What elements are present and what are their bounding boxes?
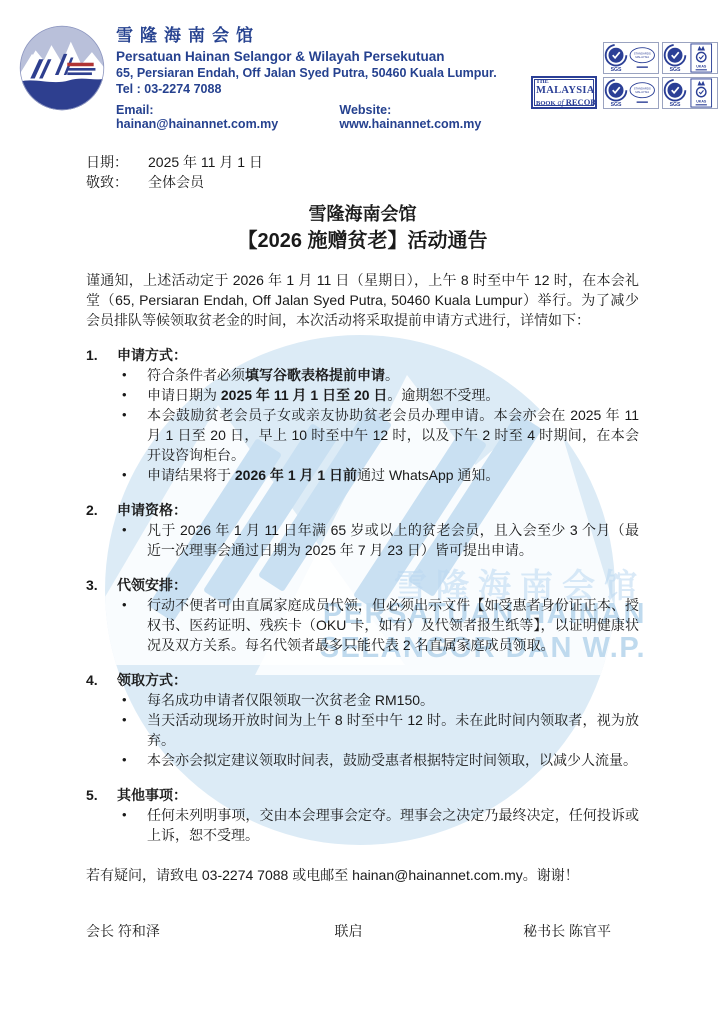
bullet-marker: • [122,690,147,710]
intro-paragraph: 谨通知，上述活动定于 2026 年 1 月 11 日（星期日），上午 8 时至中… [86,270,639,330]
bullet-text: 本会鼓励贫老会员子女或亲友协助贫老会员办理申请。本会亦会在 2025 年 11 … [147,405,639,465]
text-run: 行动不便者可由直属家庭成员代领，但必须出示文件【如受惠者身份证正本、授权书、医药… [147,597,639,653]
bullet-list: •行动不便者可由直属家庭成员代领，但必须出示文件【如受惠者身份证正本、授权书、医… [86,595,639,655]
addressee-label: 敬致： [86,172,148,192]
text-run: 每名成功申请者仅限领取一次贫老金 RM150。 [147,692,434,708]
text-run: 通过 WhatsApp 通知。 [357,467,499,483]
section-number: 3. [86,575,117,595]
standards-label-2: MALAYSIA [635,55,649,59]
section-number: 2. [86,500,117,520]
list-item: •凡于 2026 年 1 月 11 日年满 65 岁或以上的贫老会员，且入会至少… [122,520,639,560]
list-item: •任何未列明事项，交由本会理事会定夺。理事会之决定乃最终决定，任何投诉或上诉，恕… [122,805,639,845]
sgs-label: SGS [611,67,622,73]
org-email-link[interactable]: Email: hainan@hainannet.com.my [116,103,313,132]
standards-label-2: MALAYSIA [635,90,649,94]
bullet-text: 申请结果将于 2026 年 1 月 1 日前通过 WhatsApp 通知。 [147,465,639,485]
section-heading: 其他事项： [117,785,187,805]
org-name-zh: 雪隆海南会馆 [116,26,531,46]
section-other-matters: 5. 其他事项： •任何未列明事项，交由本会理事会定夺。理事会之决定乃最终决定，… [86,785,639,845]
text-run: 申请日期为 [147,387,221,403]
text-run: 本会亦会拟定建议领取时间表，鼓励受惠者根据特定时间领取，以减少人流量。 [147,752,637,768]
sgs-standards-badge: SGS STANDARDS MALAYSIA [603,77,659,109]
text-run: 本会鼓励贫老会员子女或亲友协助贫老会员办理申请。本会亦会在 2025 年 11 … [147,407,639,463]
list-item: •申请结果将于 2026 年 1 月 1 日前通过 WhatsApp 通知。 [122,465,639,485]
signature-president: 会长 符和泽 [86,921,261,941]
list-item: •符合条件者必须填写谷歌表格提前申请。 [122,365,639,385]
ukas-label: UKAS [696,64,707,68]
bullet-text: 行动不便者可由直属家庭成员代领，但必须出示文件【如受惠者身份证正本、授权书、医药… [147,595,639,655]
signature-secretary: 秘书长 陈官平 [436,921,639,941]
certification-badges: SGS STANDARDS MALAYSIA SGS [531,24,718,111]
bullet-text: 凡于 2026 年 1 月 11 日年满 65 岁或以上的贫老会员，且入会至少 … [147,520,639,560]
org-name-en: Persatuan Hainan Selangor & Wilayah Pers… [116,49,531,65]
notice-title-event: 【2026 施赠贫老】活动通告 [86,227,639,256]
section-heading: 代领安排： [117,575,187,595]
text-run: 。逾期恕不受理。 [387,387,499,403]
list-item: •当天活动现场开放时间为上午 8 时至中午 12 时。未在此时间内领取者，视为放… [122,710,639,750]
list-item: •每名成功申请者仅限领取一次贫老金 RM150。 [122,690,639,710]
malaysia-book-of-records-badge: THE MALAYSIA BOOK of RECORDS [531,76,597,109]
bullet-marker: • [122,405,147,465]
sgs-standards-badge: SGS STANDARDS MALAYSIA [603,42,659,74]
text-run: 申请结果将于 [147,467,235,483]
sgs-ukas-badge: SGS UKAS [662,77,718,109]
section-collection-method: 4. 领取方式： •每名成功申请者仅限领取一次贫老金 RM150。 •当天活动现… [86,670,639,770]
list-item: •本会亦会拟定建议领取时间表，鼓励受惠者根据特定时间领取，以减少人流量。 [122,750,639,770]
text-run: 。 [385,367,399,383]
list-item: •本会鼓励贫老会员子女或亲友协助贫老会员办理申请。本会亦会在 2025 年 11… [122,405,639,465]
section-application-method: 1. 申请方式： •符合条件者必须填写谷歌表格提前申请。 •申请日期为 2025… [86,345,639,485]
bullet-marker: • [122,365,147,385]
signature-jointly-issued: 联启 [261,921,436,941]
org-tel: Tel : 03-2274 7088 [116,82,531,96]
bullet-text: 当天活动现场开放时间为上午 8 时至中午 12 时。未在此时间内领取者，视为放弃… [147,710,639,750]
bullet-list: •凡于 2026 年 1 月 11 日年满 65 岁或以上的贫老会员，且入会至少… [86,520,639,560]
section-eligibility: 2. 申请资格： •凡于 2026 年 1 月 11 日年满 65 岁或以上的贫… [86,500,639,560]
bullet-marker: • [122,750,147,770]
list-item: •行动不便者可由直属家庭成员代领，但必须出示文件【如受惠者身份证正本、授权书、医… [122,595,639,655]
section-number: 4. [86,670,117,690]
section-heading: 申请方式： [117,345,187,365]
bullet-text: 申请日期为 2025 年 11 月 1 日至 20 日。逾期恕不受理。 [147,385,639,405]
bullet-text: 每名成功申请者仅限领取一次贫老金 RM150。 [147,690,639,710]
signature-row: 会长 符和泽 联启 秘书长 陈官平 [86,921,639,941]
text-run: 符合条件者必须 [147,367,245,383]
bullet-text: 本会亦会拟定建议领取时间表，鼓励受惠者根据特定时间领取，以减少人流量。 [147,750,639,770]
bullet-list: •符合条件者必须填写谷歌表格提前申请。 •申请日期为 2025 年 11 月 1… [86,365,639,485]
date-value: 2025 年 11 月 1 日 [148,152,263,172]
mbor-book: BOOK [536,101,556,108]
bullet-list: •每名成功申请者仅限领取一次贫老金 RM150。 •当天活动现场开放时间为上午 … [86,690,639,770]
notice-title: 雪隆海南会馆 【2026 施赠贫老】活动通告 [86,202,639,256]
org-address: 65, Persiaran Endah, Off Jalan Syed Putr… [116,66,531,80]
closing-paragraph: 若有疑问，请致电 03-2274 7088 或电邮至 hainan@hainan… [86,865,639,885]
addressee-value: 全体会员 [148,172,204,192]
bullet-text: 任何未列明事项，交由本会理事会定夺。理事会之决定乃最终决定，任何投诉或上诉，恕不… [147,805,639,845]
section-number: 1. [86,345,117,365]
association-logo-icon [18,24,106,112]
ukas-label: UKAS [696,99,707,103]
section-heading: 领取方式： [117,670,187,690]
org-website-link[interactable]: Website: www.hainannet.com.my [339,103,531,132]
mbor-of: of [558,99,564,107]
mbor-malaysia: MALAYSIA [536,86,592,97]
notice-title-org: 雪隆海南会馆 [86,202,639,227]
letter-meta: 日期： 2025 年 11 月 1 日 敬致： 全体会员 [86,152,639,192]
list-item: •申请日期为 2025 年 11 月 1 日至 20 日。逾期恕不受理。 [122,385,639,405]
bullet-marker: • [122,385,147,405]
bullet-marker: • [122,595,147,655]
org-info: 雪隆海南会馆 Persatuan Hainan Selangor & Wilay… [116,24,531,132]
bullet-marker: • [122,520,147,560]
date-label: 日期： [86,152,148,172]
section-number: 5. [86,785,117,805]
text-run: 填写谷歌表格提前申请 [245,367,385,383]
letter-body: 日期： 2025 年 11 月 1 日 敬致： 全体会员 雪隆海南会馆 【202… [0,152,724,941]
notice-document: 雪隆海南会馆 PERSATUAN HAINAN SELANGOR DAN W.P… [0,0,724,1024]
bullet-list: •任何未列明事项，交由本会理事会定夺。理事会之决定乃最终决定，任何投诉或上诉，恕… [86,805,639,845]
text-run: 当天活动现场开放时间为上午 8 时至中午 12 时。未在此时间内领取者，视为放弃… [147,712,639,748]
sgs-label: SGS [670,67,681,73]
bullet-marker: • [122,805,147,845]
bullet-marker: • [122,710,147,750]
text-run: 2025 年 11 月 1 日至 20 日 [221,387,388,403]
sgs-ukas-badge: SGS UKAS [662,42,718,74]
bullet-marker: • [122,465,147,485]
letterhead: 雪隆海南会馆 Persatuan Hainan Selangor & Wilay… [0,0,724,132]
sgs-label: SGS [611,102,622,108]
sgs-label: SGS [670,102,681,108]
section-proxy-collection: 3. 代领安排： •行动不便者可由直属家庭成员代领，但必须出示文件【如受惠者身份… [86,575,639,655]
text-run: 凡于 2026 年 1 月 11 日年满 65 岁或以上的贫老会员，且入会至少 … [147,522,639,558]
section-heading: 申请资格： [117,500,187,520]
text-run: 任何未列明事项，交由本会理事会定夺。理事会之决定乃最终决定，任何投诉或上诉，恕不… [147,807,639,843]
bullet-text: 符合条件者必须填写谷歌表格提前申请。 [147,365,639,385]
text-run: 2026 年 1 月 1 日前 [235,467,357,483]
mbor-records: RECORDS [566,98,597,107]
